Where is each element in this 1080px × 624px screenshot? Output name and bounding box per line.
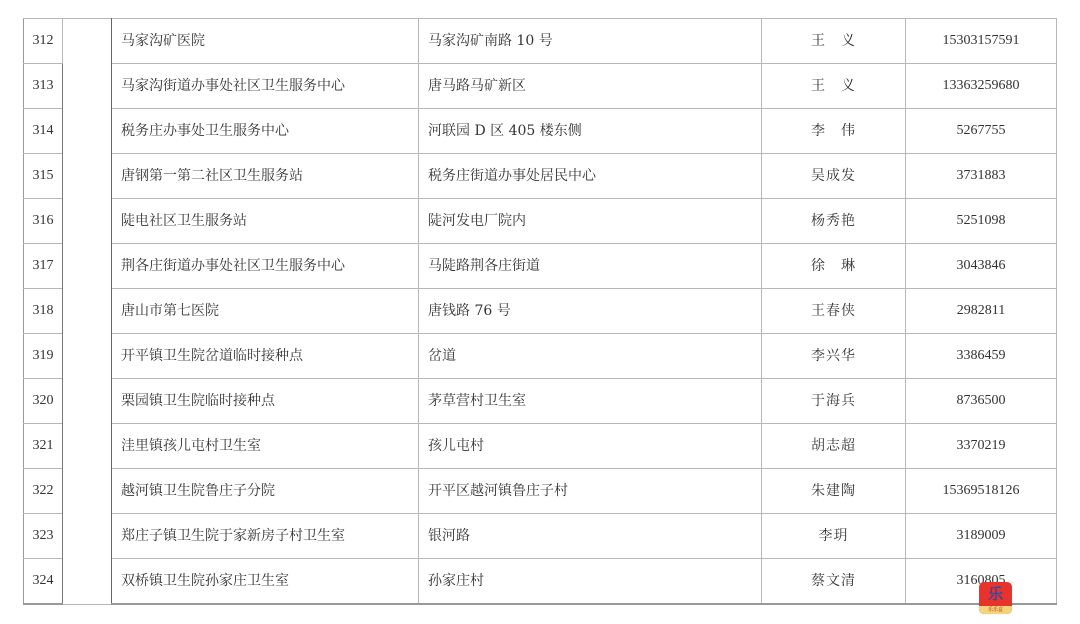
site-name: 郑庄子镇卫生院于家新房子村卫生室 bbox=[112, 514, 419, 559]
contact-phone: 5251098 bbox=[906, 199, 1057, 244]
contact-phone: 8736500 bbox=[906, 379, 1057, 424]
contact-person: 蔡文清 bbox=[762, 559, 906, 605]
table-row: 321 洼里镇孩儿屯村卫生室 孩儿屯村 胡志超 3370219 bbox=[24, 424, 1057, 469]
table-row: 316 陡电社区卫生服务站 陡河发电厂院内 杨秀艳 5251098 bbox=[24, 199, 1057, 244]
vaccination-site-table-page: 312 马家沟矿医院 马家沟矿南路 10 号 王 义 15303157591 3… bbox=[23, 18, 1056, 602]
row-number: 316 bbox=[24, 199, 63, 244]
site-name: 越河镇卫生院鲁庄子分院 bbox=[112, 469, 419, 514]
table-row: 313 马家沟街道办事处社区卫生服务中心 唐马路马矿新区 王 义 1336325… bbox=[24, 64, 1057, 109]
site-address: 开平区越河镇鲁庄子村 bbox=[419, 469, 762, 514]
contact-phone: 15303157591 bbox=[906, 19, 1057, 64]
contact-person: 李 伟 bbox=[762, 109, 906, 154]
table-row: 314 税务庄办事处卫生服务中心 河联园 D 区 405 楼东侧 李 伟 526… bbox=[24, 109, 1057, 154]
table-row: 323 郑庄子镇卫生院于家新房子村卫生室 银河路 李玥 3189009 bbox=[24, 514, 1057, 559]
contact-person: 王 义 bbox=[762, 64, 906, 109]
table-row: 315 唐钢第一第二社区卫生服务站 税务庄街道办事处居民中心 吴成发 37318… bbox=[24, 154, 1057, 199]
contact-person: 王春侠 bbox=[762, 289, 906, 334]
site-address: 河联园 D 区 405 楼东侧 bbox=[419, 109, 762, 154]
table-row: 320 栗园镇卫生院临时接种点 茅草营村卫生室 于海兵 8736500 bbox=[24, 379, 1057, 424]
row-number: 319 bbox=[24, 334, 63, 379]
site-address: 岔道 bbox=[419, 334, 762, 379]
table-row: 312 马家沟矿医院 马家沟矿南路 10 号 王 义 15303157591 bbox=[24, 19, 1057, 64]
contact-phone: 3189009 bbox=[906, 514, 1057, 559]
site-address: 马家沟矿南路 10 号 bbox=[419, 19, 762, 64]
contact-phone: 5267755 bbox=[906, 109, 1057, 154]
contact-person: 李兴华 bbox=[762, 334, 906, 379]
table-row: 318 唐山市第七医院 唐钱路 76 号 王春侠 2982811 bbox=[24, 289, 1057, 334]
contact-phone: 3386459 bbox=[906, 334, 1057, 379]
contact-phone: 2982811 bbox=[906, 289, 1057, 334]
site-name: 开平镇卫生院岔道临时接种点 bbox=[112, 334, 419, 379]
contact-phone: 3370219 bbox=[906, 424, 1057, 469]
contact-person: 李玥 bbox=[762, 514, 906, 559]
site-name: 双桥镇卫生院孙家庄卫生室 bbox=[112, 559, 419, 605]
table-row: 319 开平镇卫生院岔道临时接种点 岔道 李兴华 3386459 bbox=[24, 334, 1057, 379]
site-address: 银河路 bbox=[419, 514, 762, 559]
row-number: 322 bbox=[24, 469, 63, 514]
contact-person: 胡志超 bbox=[762, 424, 906, 469]
row-number: 321 bbox=[24, 424, 63, 469]
district-merged-cell bbox=[63, 19, 112, 605]
contact-phone: 15369518126 bbox=[906, 469, 1057, 514]
site-address: 唐马路马矿新区 bbox=[419, 64, 762, 109]
site-address: 马陡路荆各庄街道 bbox=[419, 244, 762, 289]
row-number: 314 bbox=[24, 109, 63, 154]
site-name: 栗园镇卫生院临时接种点 bbox=[112, 379, 419, 424]
contact-person: 于海兵 bbox=[762, 379, 906, 424]
app-logo-icon: 乐 乐乐盒 bbox=[979, 582, 1012, 614]
row-number: 323 bbox=[24, 514, 63, 559]
contact-person: 徐 琳 bbox=[762, 244, 906, 289]
watermark-text bbox=[1016, 589, 1066, 605]
contact-person: 朱建陶 bbox=[762, 469, 906, 514]
site-address: 陡河发电厂院内 bbox=[419, 199, 762, 244]
contact-phone: 3043846 bbox=[906, 244, 1057, 289]
site-address: 茅草营村卫生室 bbox=[419, 379, 762, 424]
table-row: 324 双桥镇卫生院孙家庄卫生室 孙家庄村 蔡文清 3160805 bbox=[24, 559, 1057, 605]
site-name: 唐山市第七医院 bbox=[112, 289, 419, 334]
contact-person: 杨秀艳 bbox=[762, 199, 906, 244]
contact-person: 王 义 bbox=[762, 19, 906, 64]
row-number: 315 bbox=[24, 154, 63, 199]
row-number: 317 bbox=[24, 244, 63, 289]
row-number: 324 bbox=[24, 559, 63, 605]
row-number: 313 bbox=[24, 64, 63, 109]
site-address: 唐钱路 76 号 bbox=[419, 289, 762, 334]
row-number: 320 bbox=[24, 379, 63, 424]
contact-phone: 3731883 bbox=[906, 154, 1057, 199]
site-name: 唐钢第一第二社区卫生服务站 bbox=[112, 154, 419, 199]
site-address: 孙家庄村 bbox=[419, 559, 762, 605]
contact-person: 吴成发 bbox=[762, 154, 906, 199]
site-name: 马家沟矿医院 bbox=[112, 19, 419, 64]
site-name: 陡电社区卫生服务站 bbox=[112, 199, 419, 244]
contact-phone: 13363259680 bbox=[906, 64, 1057, 109]
site-address: 孩儿屯村 bbox=[419, 424, 762, 469]
site-address: 税务庄街道办事处居民中心 bbox=[419, 154, 762, 199]
vaccination-site-table: 312 马家沟矿医院 马家沟矿南路 10 号 王 义 15303157591 3… bbox=[23, 18, 1057, 605]
table-row: 322 越河镇卫生院鲁庄子分院 开平区越河镇鲁庄子村 朱建陶 153695181… bbox=[24, 469, 1057, 514]
site-name: 洼里镇孩儿屯村卫生室 bbox=[112, 424, 419, 469]
logo-caption: 乐乐盒 bbox=[979, 606, 1012, 614]
table-row: 317 荆各庄街道办事处社区卫生服务中心 马陡路荆各庄街道 徐 琳 304384… bbox=[24, 244, 1057, 289]
site-name: 荆各庄街道办事处社区卫生服务中心 bbox=[112, 244, 419, 289]
table-body: 312 马家沟矿医院 马家沟矿南路 10 号 王 义 15303157591 3… bbox=[24, 19, 1057, 605]
logo-glyph: 乐 bbox=[979, 584, 1012, 604]
site-name: 税务庄办事处卫生服务中心 bbox=[112, 109, 419, 154]
row-number: 318 bbox=[24, 289, 63, 334]
row-number: 312 bbox=[24, 19, 63, 64]
site-name: 马家沟街道办事处社区卫生服务中心 bbox=[112, 64, 419, 109]
